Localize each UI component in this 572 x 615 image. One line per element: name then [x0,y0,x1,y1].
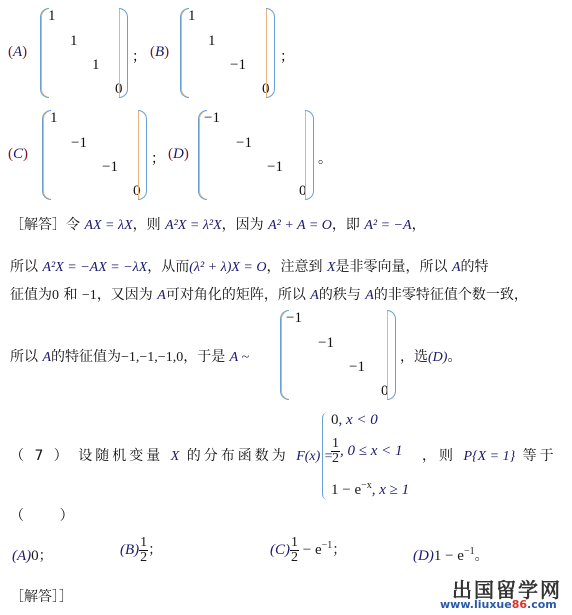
case-condition: , x < 0 [339,412,378,428]
option-label: (D) [413,548,434,564]
matrix-b-entry-2: 1 [208,33,216,50]
separator: ； [39,548,53,564]
option-value: − e [299,542,322,558]
exponent: −1 [322,540,333,551]
solution-line-3: 征值为0 和 −1，又因为 A可对角化的矩阵，所以 A的秩与 A的非零特征值个数… [10,284,528,304]
matrix-a-right-bracket [119,8,128,98]
text: 是非零向量，所以 [336,259,448,275]
watermark-url: www.liuxue86.com [440,598,557,611]
numerator: 1 [290,536,299,551]
math-expr: A [157,288,166,303]
math-expr: A² = −A [364,218,411,233]
matrix-c-entry-3: −1 [102,159,118,176]
text: ，因为 [222,217,264,233]
matrix-d-entry-3: −1 [267,159,283,176]
math-expr: (λ² + λ)X = O [189,260,266,275]
matrix-b-entry-1: 1 [188,8,196,25]
option-d-label: (D) [168,146,189,163]
math-expr: −1 [82,288,97,303]
text: 的秩与 [319,287,361,303]
matrix-d-entry-2: −1 [236,135,252,152]
text: 设随机变量 [78,448,163,464]
solution-line-1: ［解答］令 AX = λX，则 A²X = λ²X，因为 A² + A = O，… [10,214,426,234]
exponent: −1 [464,546,475,557]
url-text: 86 [512,598,527,611]
math-expr: AX = λX [84,218,132,233]
denominator: 2 [290,551,299,565]
text: ，选 [400,349,428,365]
option-value: 1 − e [434,548,464,564]
option-label: (B) [120,542,139,558]
text: 的特征值为 [51,349,121,365]
option-label: (A) [12,548,31,564]
exponent: −x [361,480,372,491]
text: 和 [63,287,77,303]
matrix-d-entry-1: −1 [204,110,220,127]
math-expr: A [42,350,51,365]
separator: 。 [475,548,489,564]
text: 所以 [10,259,38,275]
fraction: 12 [139,536,148,565]
denominator: 2 [139,551,148,565]
matrix-result-entry-2: −1 [318,335,334,352]
piecewise-brace [322,412,329,500]
solution-conclusion: ，选(D)。 [400,346,461,366]
text: ，于是 [183,349,225,365]
case-3: 1 − e−x, x ≥ 1 [331,480,409,499]
denominator: 2 [331,452,340,466]
separator: ； [280,46,294,66]
text: 的特 [461,259,489,275]
matrix-result-entry-3: −1 [349,359,365,376]
text: ，即 [332,217,360,233]
text: ，注意到 [266,259,322,275]
text: 。 [447,349,461,365]
math-expr: −1,−1,−1,0 [121,350,183,365]
q7-option-a: (A)0； [12,545,53,565]
text: 的非零特征值个数一致， [374,287,528,303]
fraction: 12 [290,536,299,565]
question-7-stem-end: ，则 P{X = 1} 等于 [422,445,557,465]
solution-label: ［解答］］ [10,586,73,606]
matrix-c-right-bracket [138,110,147,200]
math-expr: A ~ [230,350,249,365]
math-expr: A [310,288,319,303]
q7-option-b: (B)12； [120,536,162,565]
solution-label: ［解答］令 [10,217,80,233]
text: 征值为 [10,287,52,303]
url-text: .com [527,598,557,611]
matrix-a-entry-3: 1 [92,57,100,74]
fraction: 12 [331,437,340,466]
answer: (D) [428,350,447,365]
math-expr: A²X = λ²X [165,218,222,233]
text: ，则 [422,448,456,464]
math-expr: A² + A = O [268,218,332,233]
option-a-label: (A) [8,44,27,61]
solution-line-2: 所以 A²X = −AX = −λX，从而(λ² + λ)X = O，注意到 X… [10,256,489,276]
option-b-label: (B) [150,44,169,61]
math-expr: A [452,260,461,275]
math-expr: X [171,449,180,464]
text: 等于 [523,448,557,464]
text: ，从而 [147,259,189,275]
text: 可对角化的矩阵，所以 [166,287,306,303]
option-value: 0 [31,548,39,564]
math-expr: P{X = 1} [463,449,515,464]
q7-option-c: (C)12 − e−1； [270,536,346,565]
answer-blank: （ ） [10,505,74,525]
solution-line-4: 所以 A的特征值为−1,−1,−1,0，于是 A ~ [10,346,249,366]
text: ，又因为 [97,287,153,303]
separator: ； [132,46,146,66]
case-value: 0 [331,412,339,428]
matrix-d-right-bracket [305,110,314,200]
text: ，则 [133,217,161,233]
matrix-c-entry-1: 1 [50,110,58,127]
matrix-b-entry-3: −1 [230,57,246,74]
matrix-a-entry-1: 1 [48,8,56,25]
case-condition: , 0 ≤ x < 1 [340,443,403,459]
question-7-stem: （ 7 ） 设随机变量 X 的分布函数为 F(x) = [10,445,333,465]
numerator: 1 [331,437,340,452]
separator: ； [148,542,162,558]
separator: ； [332,542,346,558]
math-expr: A²X = −AX = −λX [42,260,147,275]
question-number: （ 7 ） [10,448,71,464]
math-expr: A [365,288,374,303]
text: ， [412,217,426,233]
text: 所以 [10,349,38,365]
case-value: 1 − e [331,482,361,498]
text: 的分布函数为 [187,448,289,464]
matrix-a-entry-2: 1 [70,33,78,50]
case-condition: , x ≥ 1 [372,482,409,498]
case-1: 0, x < 0 [331,412,378,429]
math-expr: X [327,260,336,275]
matrix-result-entry-1: −1 [286,310,302,327]
matrix-b-right-bracket [266,8,275,98]
option-label: (C) [270,542,290,558]
separator: ； [151,148,165,168]
numerator: 1 [139,536,148,551]
matrix-result-right-bracket [387,310,396,400]
case-2: 12, 0 ≤ x < 1 [331,437,403,466]
math-expr: 0 [52,288,59,303]
q7-option-d: (D)1 − e−1。 [413,545,489,565]
option-c-label: (C) [8,146,28,163]
matrix-c-entry-2: −1 [71,135,87,152]
url-text: www.liuxue [440,598,512,611]
separator: 。 [318,148,332,168]
